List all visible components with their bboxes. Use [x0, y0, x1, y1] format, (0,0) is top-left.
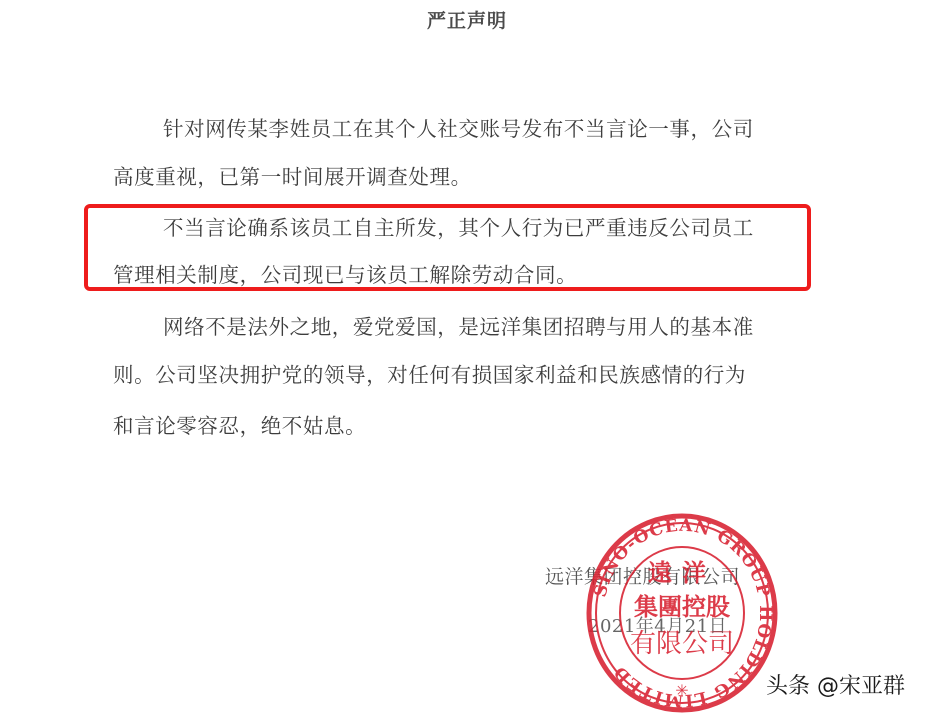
paragraph-1-line-2: 高度重视，已第一时间展开调查处理。 — [113, 160, 472, 190]
toutiao-watermark: 头条 @宋亚群 — [766, 669, 905, 700]
document-title: 严正声明 — [0, 6, 934, 33]
paragraph-1-line-1: 针对网传某李姓员工在其个人社交账号发布不当言论一事，公司 — [163, 112, 754, 142]
paragraph-3-line-3: 和言论零容忍，绝不姑息。 — [113, 409, 366, 439]
seal-star-icon: ✳ — [586, 681, 778, 700]
paragraph-2-line-1: 不当言论确系该员工自主所发，其个人行为已严重违反公司员工 — [163, 211, 754, 241]
company-seal-stamp: SINO-OCEAN GROUP HOLDING LIMITED 遠洋 集團控股… — [586, 513, 778, 713]
paragraph-3-line-2: 则。公司坚决拥护党的领导，对任何有损国家利益和民族感情的行为 — [113, 358, 746, 388]
paragraph-2-line-2: 管理相关制度，公司现已与该员工解除劳动合同。 — [113, 258, 577, 288]
paragraph-3-line-1: 网络不是法外之地，爱党爱国，是远洋集团招聘与用人的基本准 — [163, 310, 754, 340]
seal-line-2: 集團控股 — [586, 587, 778, 622]
seal-line-1: 遠洋 — [586, 553, 778, 588]
seal-line-3: 有限公司 — [586, 623, 778, 660]
